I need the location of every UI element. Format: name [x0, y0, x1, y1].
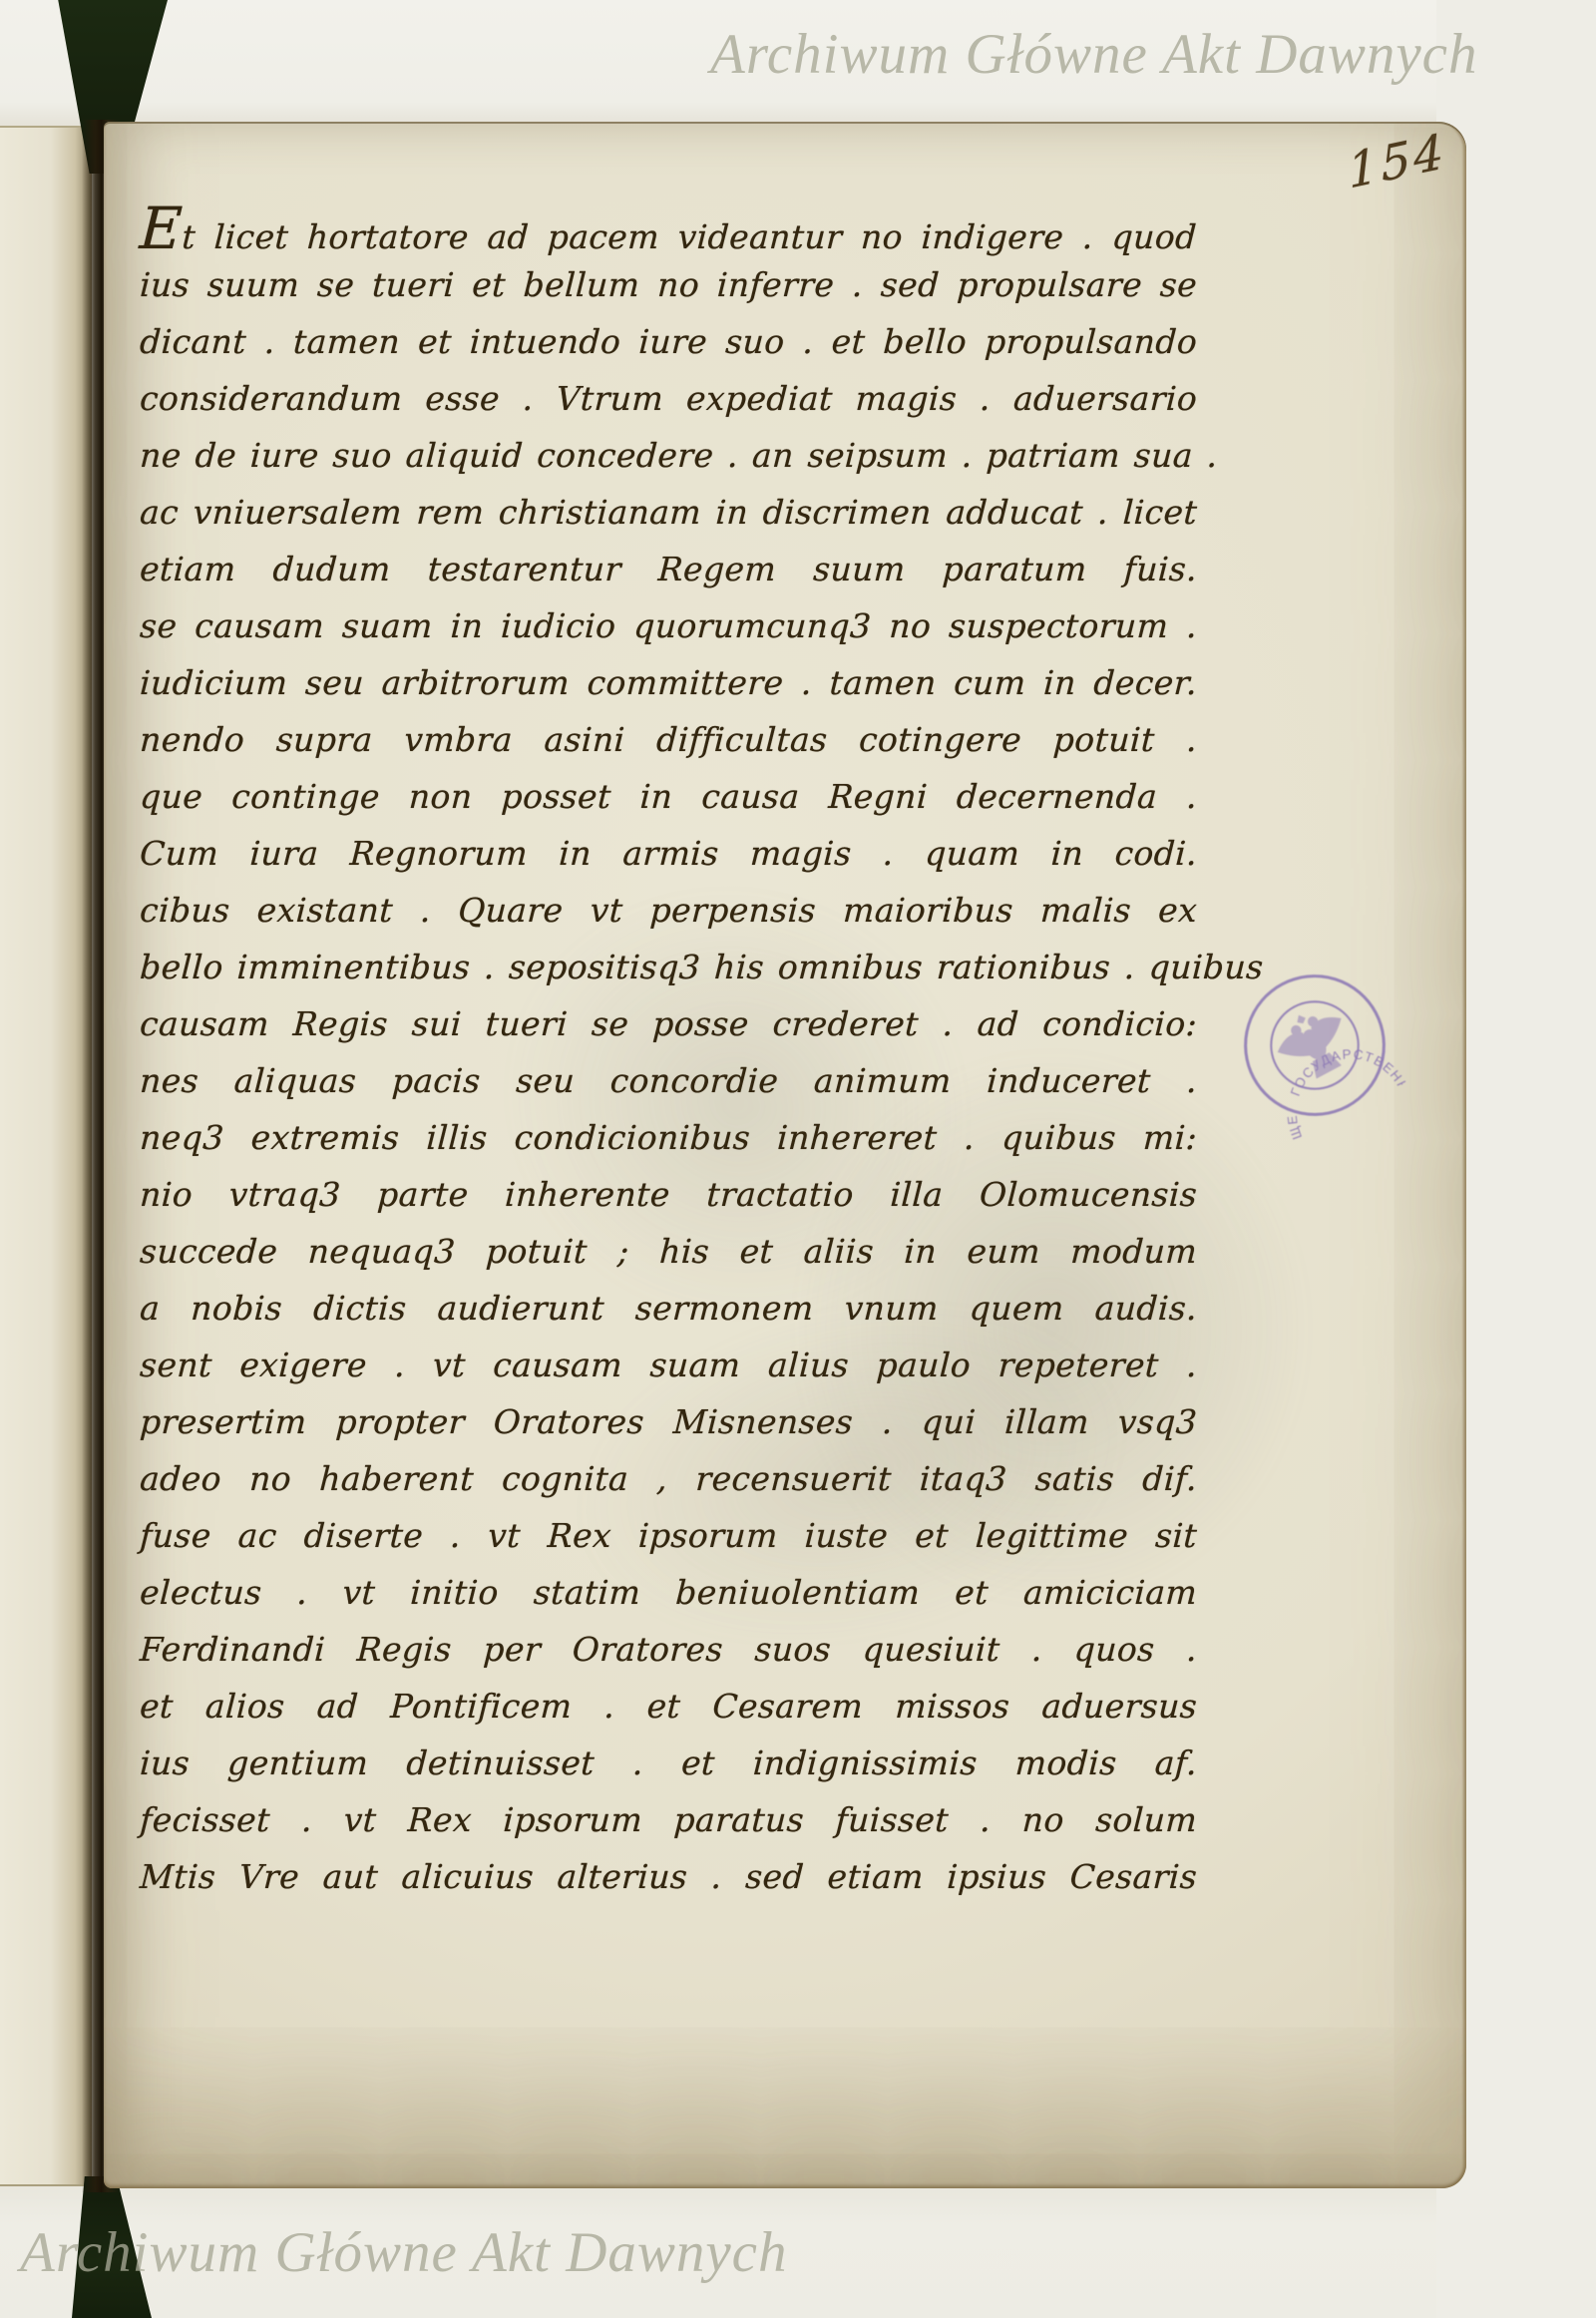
manuscript-line: neq3 extremis illis condicionibus inhere…: [139, 1113, 1199, 1170]
manuscript-line: nendo supra vmbra asini difficultas coti…: [139, 715, 1199, 772]
manuscript-line: ac vniuersalem rem christianam in discri…: [139, 488, 1199, 545]
manuscript-line: a nobis dictis audierunt sermonem vnum q…: [139, 1284, 1199, 1341]
manuscript-line: nio vtraq3 parte inherente tractatio ill…: [139, 1170, 1199, 1227]
manuscript-line: electus . vt initio statim beniuolentiam…: [139, 1568, 1199, 1625]
manuscript-line: que continge non posset in causa Regni d…: [139, 772, 1199, 829]
manuscript-line: Cum iura Regnorum in armis magis . quam …: [139, 829, 1199, 886]
manuscript-text: Et licet hortatore ad pacem videantur no…: [140, 203, 1197, 1909]
watermark-bottom: Archiwum Główne Akt Dawnych: [20, 2220, 787, 2285]
manuscript-line: considerandum esse . Vtrum expediat magi…: [139, 374, 1199, 431]
manuscript-line: nes aliquas pacis seu concordie animum i…: [139, 1056, 1199, 1113]
watermark-top: Archiwum Główne Akt Dawnych: [710, 22, 1477, 87]
folio-number: 154: [1347, 115, 1487, 200]
manuscript-line: Ferdinandi Regis per Oratores suos quesi…: [139, 1625, 1199, 1682]
facing-page-edge: [0, 126, 92, 2186]
manuscript-line: ius suum se tueri et bellum no inferre .…: [139, 260, 1199, 317]
manuscript-line: presertim propter Oratores Misnenses . q…: [139, 1397, 1199, 1454]
manuscript-line: se causam suam in iudicio quorumcunq3 no…: [139, 601, 1199, 658]
manuscript-page: 154 Et licet hortatore ad pacem videantu…: [104, 122, 1466, 2188]
manuscript-line: adeo no haberent cognita , recensuerit i…: [139, 1454, 1199, 1511]
manuscript-line: cibus existant . Quare vt perpensis maio…: [139, 886, 1199, 943]
manuscript-line: Et licet hortatore ad pacem videantur no…: [139, 203, 1199, 260]
manuscript-line: et alios ad Pontificem . et Cesarem miss…: [139, 1682, 1199, 1738]
manuscript-line: fuse ac diserte . vt Rex ipsorum iuste e…: [139, 1511, 1199, 1568]
manuscript-line: iudicium seu arbitrorum committere . tam…: [139, 658, 1199, 715]
manuscript-line: causam Regis sui tueri se posse crederet…: [139, 999, 1199, 1056]
manuscript-line: bello imminentibus . sepositisq3 his omn…: [139, 943, 1199, 999]
manuscript-line: ne de iure suo aliquid concedere . an se…: [139, 431, 1199, 488]
manuscript-line: fecisset . vt Rex ipsorum paratus fuisse…: [139, 1795, 1199, 1852]
manuscript-line: ius gentium detinuisset . et indignissim…: [139, 1738, 1199, 1795]
manuscript-line: succede nequaq3 potuit ; his et aliis in…: [139, 1227, 1199, 1284]
manuscript-line: sent exigere . vt causam suam alius paul…: [139, 1341, 1199, 1397]
manuscript-line: dicant . tamen et intuendo iure suo . et…: [139, 317, 1199, 374]
manuscript-line: etiam dudum testarentur Regem suum parat…: [139, 545, 1199, 601]
manuscript-line: Mtis Vre aut alicuius alterius . sed eti…: [139, 1852, 1199, 1909]
